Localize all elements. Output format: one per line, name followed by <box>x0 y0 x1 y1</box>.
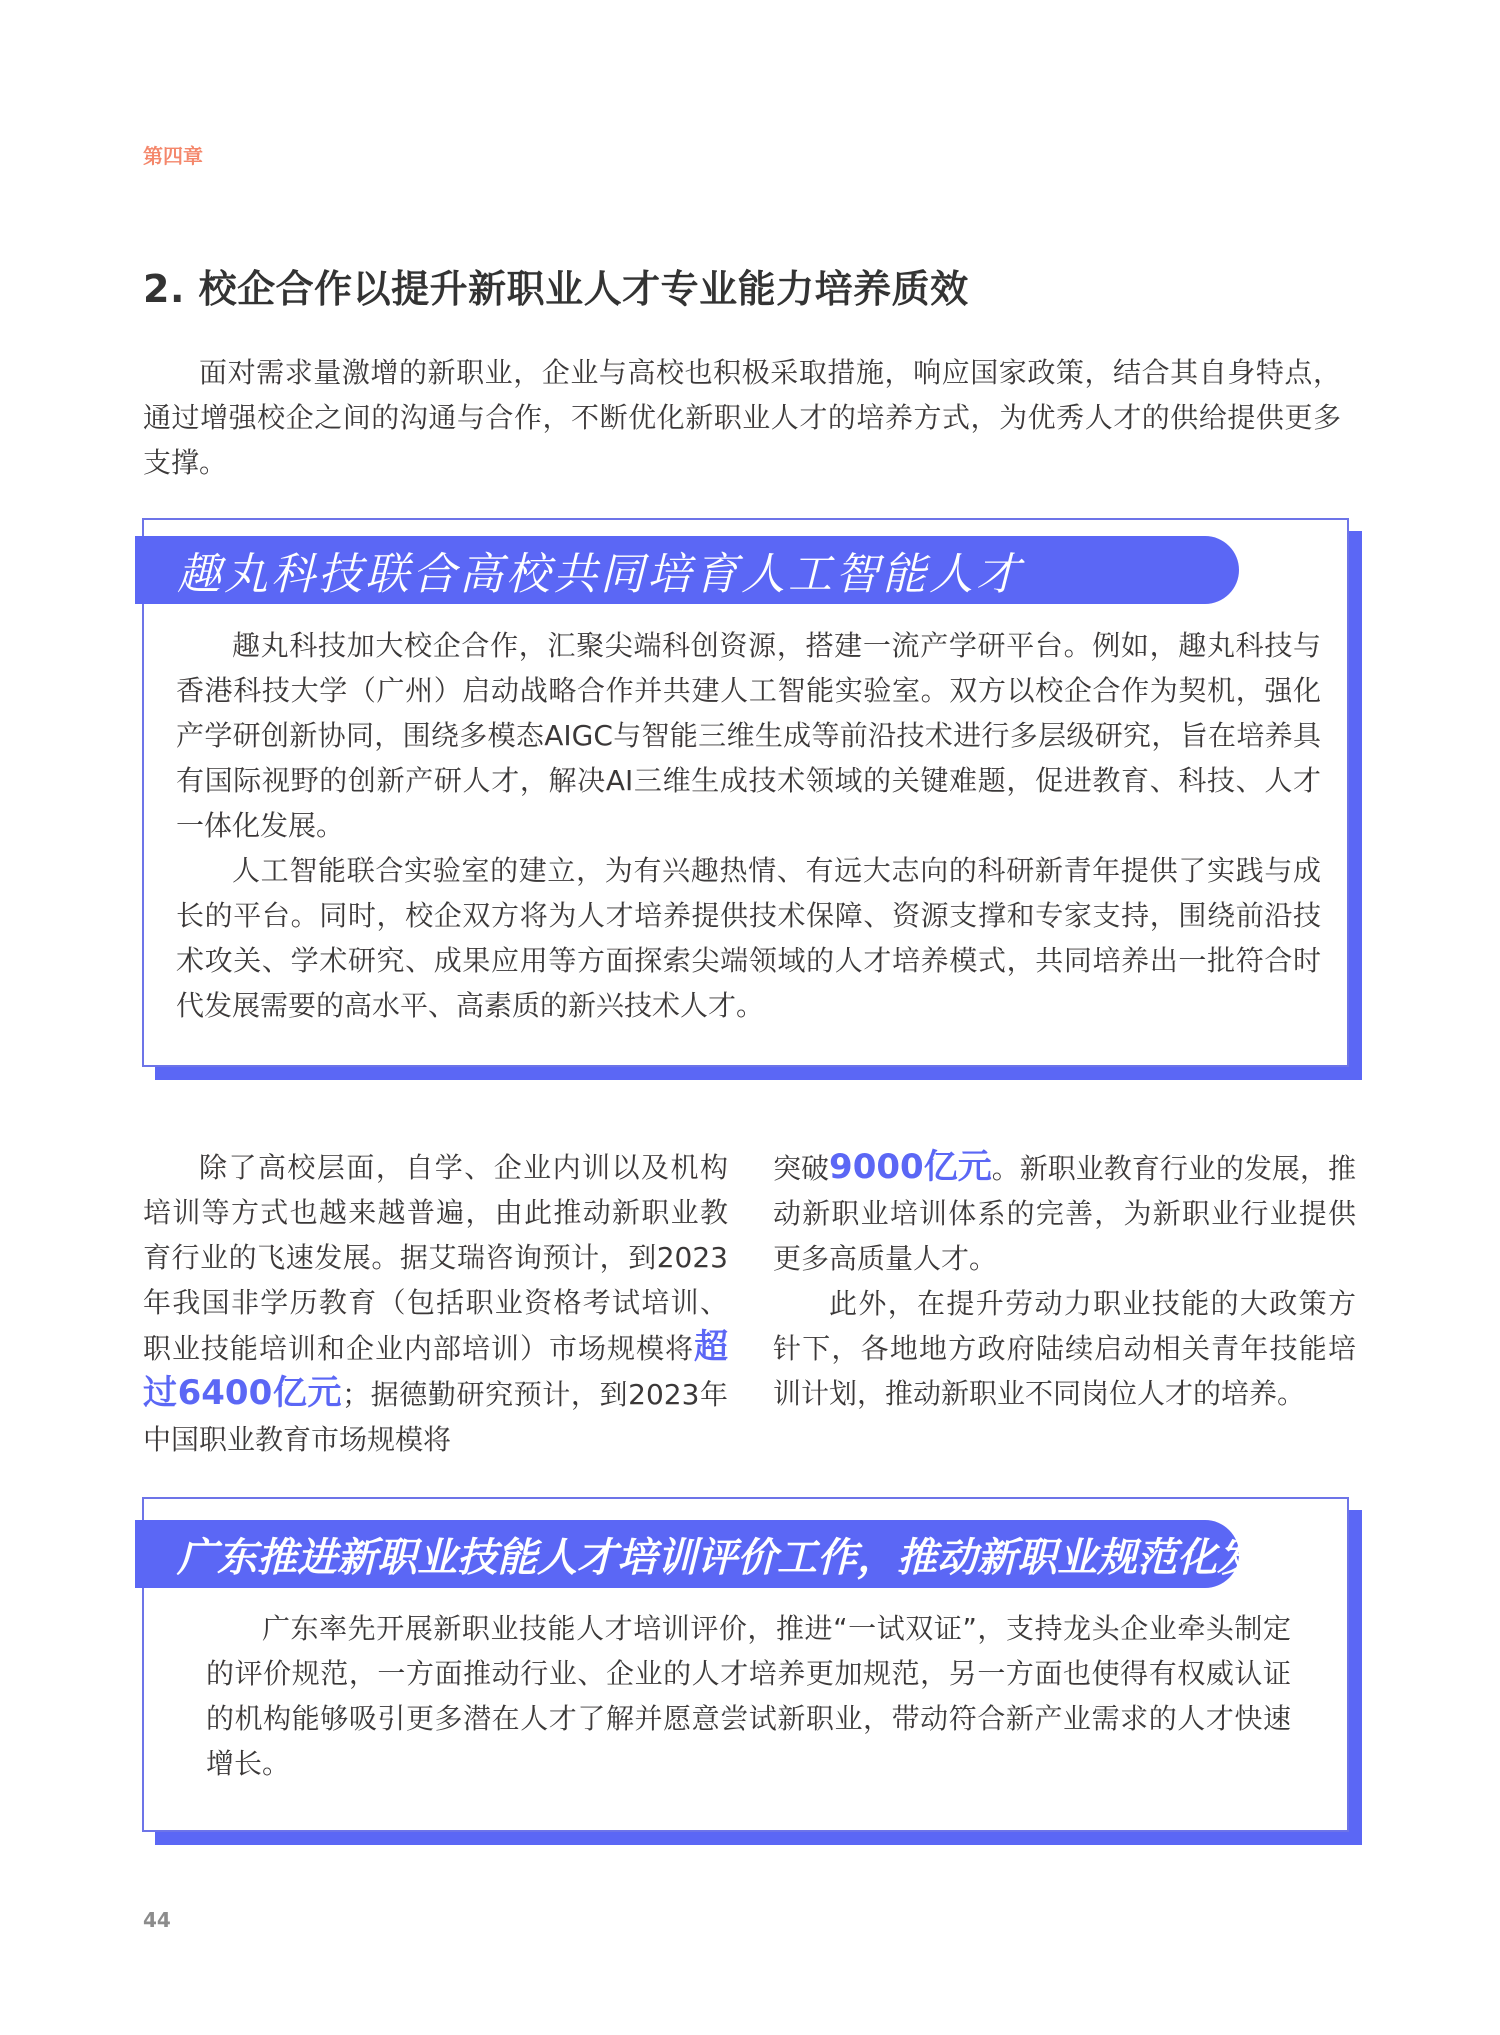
case-box-guangdong: 广东推进新职业技能人才培训评价工作，推动新职业规范化发展 广东率先开展新职业技能… <box>142 1497 1349 1832</box>
case-box-quwan: 趣丸科技联合高校共同培育人工智能人才 趣丸科技加大校企合作，汇聚尖端科创资源，搭… <box>142 518 1349 1067</box>
left-column-paragraph: 除了高校层面，自学、企业内训以及机构培训等方式也越来越普遍，由此推动新职业教育行… <box>143 1145 728 1462</box>
case-box-title-banner: 趣丸科技联合高校共同培育人工智能人才 <box>135 536 1239 604</box>
case-paragraph: 人工智能联合实验室的建立，为有兴趣热情、有远大志向的科研新青年提供了实践与成长的… <box>176 848 1321 1028</box>
text-segment: 除了高校层面，自学、企业内训以及机构培训等方式也越来越普遍，由此推动新职业教育行… <box>143 1151 728 1365</box>
intro-paragraph: 面对需求量激增的新职业，企业与高校也积极采取措施，响应国家政策，结合其自身特点，… <box>143 350 1341 485</box>
chapter-label: 第四章 <box>143 140 203 169</box>
text-segment: 突破 <box>773 1152 829 1185</box>
case-box-title: 广东推进新职业技能人才培训评价工作，推动新职业规范化发展 <box>177 1526 1297 1583</box>
case-box-title-banner: 广东推进新职业技能人才培训评价工作，推动新职业规范化发展 <box>135 1520 1239 1588</box>
right-column: 突破9000亿元。新职业教育行业的发展，推动新职业培训体系的完善，为新职业行业提… <box>773 1145 1356 1416</box>
section-title: 2. 校企合作以提升新职业人才专业能力培养质效 <box>143 258 969 313</box>
case-box-content: 趣丸科技加大校企合作，汇聚尖端科创资源，搭建一流产学研平台。例如，趣丸科技与香港… <box>176 623 1321 1028</box>
left-column: 除了高校层面，自学、企业内训以及机构培训等方式也越来越普遍，由此推动新职业教育行… <box>143 1145 728 1462</box>
right-column-paragraph-2: 此外，在提升劳动力职业技能的大政策方针下，各地地方政府陆续启动相关青年技能培训计… <box>773 1281 1356 1416</box>
right-column-paragraph: 突破9000亿元。新职业教育行业的发展，推动新职业培训体系的完善，为新职业行业提… <box>773 1145 1356 1281</box>
case-box-title: 趣丸科技联合高校共同培育人工智能人才 <box>177 538 1023 602</box>
case-paragraph: 趣丸科技加大校企合作，汇聚尖端科创资源，搭建一流产学研平台。例如，趣丸科技与香港… <box>176 623 1321 848</box>
highlight-stat: 9000亿元 <box>829 1147 992 1187</box>
page-number: 44 <box>143 1908 171 1932</box>
case-box-content: 广东率先开展新职业技能人才培训评价，推进“一试双证”，支持龙头企业牵头制定的评价… <box>206 1606 1291 1786</box>
case-paragraph: 广东率先开展新职业技能人才培训评价，推进“一试双证”，支持龙头企业牵头制定的评价… <box>206 1606 1291 1786</box>
